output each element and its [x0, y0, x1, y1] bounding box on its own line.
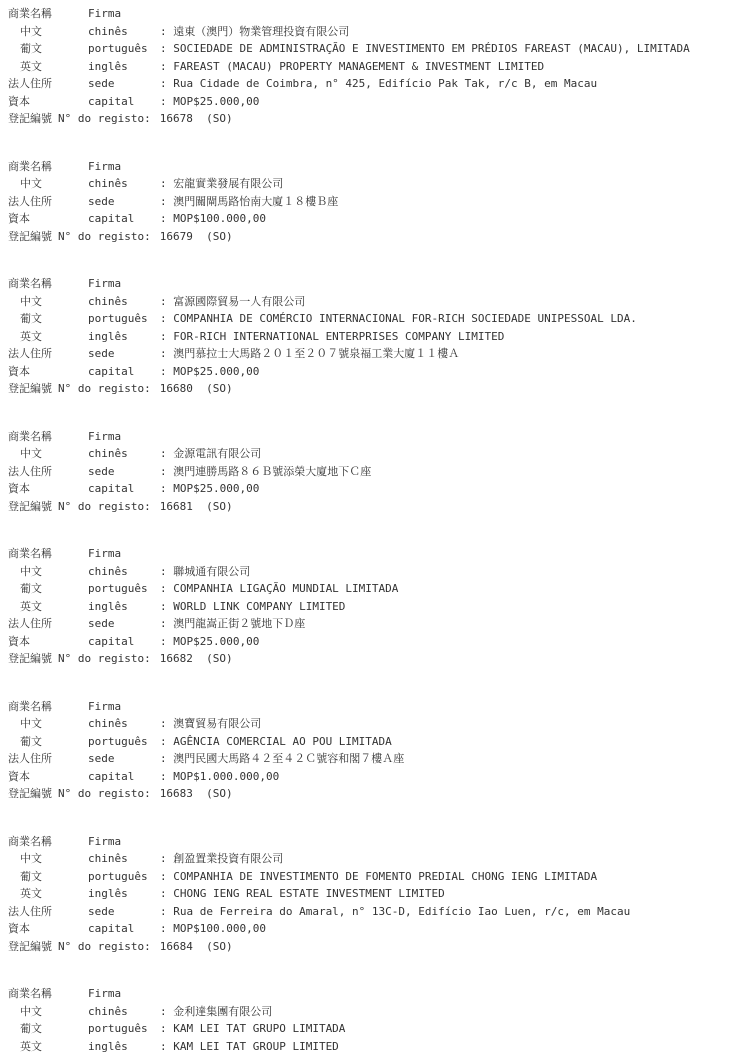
label-zh: 中文	[8, 563, 88, 581]
registry-entries-list: 商業名稱Firma中文chinês: 遠東（澳門）物業管理投資有限公司葡文por…	[8, 5, 728, 1055]
label-pt: N° do registo:	[58, 498, 151, 516]
field-value: : 創盈置業投資有限公司	[160, 850, 728, 868]
entry-row: 登記編號N° do registo:16678 (SO)	[8, 110, 728, 128]
label-zh: 中文	[8, 23, 88, 41]
entry-block: 商業名稱Firma中文chinês: 富源國際貿易一人有限公司葡文portugu…	[8, 275, 728, 398]
label-zh: 中文	[8, 850, 88, 868]
label-pt: capital	[88, 768, 160, 786]
field-value: : MOP$1.000.000,00	[160, 768, 728, 786]
entry-row: 中文chinês: 富源國際貿易一人有限公司	[8, 293, 728, 311]
label-zh: 登記編號	[8, 650, 52, 668]
entry-block: 商業名稱Firma中文chinês: 聯城通有限公司葡文português: C…	[8, 545, 728, 668]
entry-row: 商業名稱Firma	[8, 275, 728, 293]
label-zh: 登記編號	[8, 498, 52, 516]
label-pt: inglês	[88, 598, 160, 616]
label-pt: N° do registo:	[58, 380, 151, 398]
field-value: : 澳門民國大馬路４２至４２Ｃ號容和閣７樓Ａ座	[160, 750, 728, 768]
field-value: 16683 (SO)	[160, 785, 728, 803]
field-value: : CHONG IENG REAL ESTATE INVESTMENT LIMI…	[160, 885, 728, 903]
label-zh: 登記編號	[8, 110, 52, 128]
label-zh: 中文	[8, 1003, 88, 1021]
entry-row: 登記編號N° do registo:16682 (SO)	[8, 650, 728, 668]
entry-row: 登記編號N° do registo:16683 (SO)	[8, 785, 728, 803]
gazette-registry-page: 商業名稱Firma中文chinês: 遠東（澳門）物業管理投資有限公司葡文por…	[0, 0, 732, 1060]
entry-row: 英文inglês: CHONG IENG REAL ESTATE INVESTM…	[8, 885, 728, 903]
entry-row: 英文inglês: FAREAST (MACAU) PROPERTY MANAG…	[8, 58, 728, 76]
label-pt: capital	[88, 93, 160, 111]
field-value: : 聯城通有限公司	[160, 563, 728, 581]
entry-block: 商業名稱Firma中文chinês: 遠東（澳門）物業管理投資有限公司葡文por…	[8, 5, 728, 128]
entry-row: 登記編號N° do registo:16679 (SO)	[8, 228, 728, 246]
field-value: : MOP$25.000,00	[160, 633, 728, 651]
label-zh: 商業名稱	[8, 698, 88, 716]
label-zh: 中文	[8, 293, 88, 311]
entry-block: 商業名稱Firma中文chinês: 澳寶貿易有限公司葡文português: …	[8, 698, 728, 803]
label-zh: 資本	[8, 210, 88, 228]
label-pt: sede	[88, 75, 160, 93]
label-zh: 商業名稱	[8, 833, 88, 851]
label-zh: 中文	[8, 715, 88, 733]
label-zh: 商業名稱	[8, 275, 88, 293]
label-zh: 商業名稱	[8, 158, 88, 176]
field-value: 16678 (SO)	[160, 110, 728, 128]
field-value: : 澳門慕拉士大馬路２０１至２０７號泉福工業大廈１１樓Ａ	[160, 345, 728, 363]
label-pt: sede	[88, 345, 160, 363]
entry-block: 商業名稱Firma中文chinês: 創盈置業投資有限公司葡文português…	[8, 833, 728, 956]
label-zh: 資本	[8, 93, 88, 111]
label-zh: 法人住所	[8, 903, 88, 921]
field-value: : FOR-RICH INTERNATIONAL ENTERPRISES COM…	[160, 328, 728, 346]
field-value: : COMPANHIA DE COMÉRCIO INTERNACIONAL FO…	[160, 310, 728, 328]
field-value: : 金源電訊有限公司	[160, 445, 728, 463]
field-value: : Rua de Ferreira do Amaral, n° 13C-D, E…	[160, 903, 728, 921]
label-zh: 英文	[8, 58, 88, 76]
label-pt: Firma	[88, 275, 160, 293]
label-pt: inglês	[88, 1038, 160, 1056]
entry-row: 法人住所sede: 澳門龍嵩正街２號地下Ｄ座	[8, 615, 728, 633]
field-value: : AGÊNCIA COMERCIAL AO POU LIMITADA	[160, 733, 728, 751]
field-value: : MOP$25.000,00	[160, 363, 728, 381]
entry-row: 登記編號N° do registo:16681 (SO)	[8, 498, 728, 516]
entry-row: 登記編號N° do registo:16680 (SO)	[8, 380, 728, 398]
label-pt: português	[88, 310, 160, 328]
label-pt: capital	[88, 633, 160, 651]
field-value: : KAM LEI TAT GRUPO LIMITADA	[160, 1020, 728, 1038]
field-value: : COMPANHIA DE INVESTIMENTO DE FOMENTO P…	[160, 868, 728, 886]
label-pt: chinês	[88, 293, 160, 311]
entry-row: 資本capital: MOP$1.000.000,00	[8, 768, 728, 786]
entry-row: 葡文português: COMPANHIA DE INVESTIMENTO D…	[8, 868, 728, 886]
field-value: : FAREAST (MACAU) PROPERTY MANAGEMENT & …	[160, 58, 728, 76]
entry-row: 商業名稱Firma	[8, 158, 728, 176]
entry-row: 法人住所sede: Rua Cidade de Coimbra, n° 425,…	[8, 75, 728, 93]
label-zh: 商業名稱	[8, 545, 88, 563]
entry-row: 中文chinês: 聯城通有限公司	[8, 563, 728, 581]
entry-row: 中文chinês: 金利達集團有限公司	[8, 1003, 728, 1021]
field-value: : 富源國際貿易一人有限公司	[160, 293, 728, 311]
label-zh: 商業名稱	[8, 985, 88, 1003]
label-pt: inglês	[88, 58, 160, 76]
entry-row: 商業名稱Firma	[8, 5, 728, 23]
label-zh: 葡文	[8, 310, 88, 328]
label-pt: sede	[88, 615, 160, 633]
entry-row: 資本capital: MOP$25.000,00	[8, 633, 728, 651]
entry-row: 中文chinês: 遠東（澳門）物業管理投資有限公司	[8, 23, 728, 41]
label-zh: 中文	[8, 175, 88, 193]
entry-row: 法人住所sede: Rua de Ferreira do Amaral, n° …	[8, 903, 728, 921]
label-pt: sede	[88, 193, 160, 211]
label-pt: sede	[88, 750, 160, 768]
label-pt: Firma	[88, 698, 160, 716]
label-zh: 英文	[8, 1038, 88, 1056]
label-zh: 登記編號	[8, 785, 52, 803]
label-pt: Firma	[88, 545, 160, 563]
field-value: : 遠東（澳門）物業管理投資有限公司	[160, 23, 728, 41]
label-zh: 葡文	[8, 580, 88, 598]
entry-row: 葡文português: COMPANHIA DE COMÉRCIO INTER…	[8, 310, 728, 328]
label-pt: capital	[88, 480, 160, 498]
label-zh: 中文	[8, 445, 88, 463]
label-pt: chinês	[88, 23, 160, 41]
field-value: : MOP$100.000,00	[160, 920, 728, 938]
label-pt: N° do registo:	[58, 785, 151, 803]
field-value: 16681 (SO)	[160, 498, 728, 516]
label-zh: 法人住所	[8, 615, 88, 633]
entry-row: 英文inglês: KAM LEI TAT GROUP LIMITED	[8, 1038, 728, 1056]
label-pt: chinês	[88, 850, 160, 868]
label-pt: português	[88, 1020, 160, 1038]
label-pt: português	[88, 40, 160, 58]
entry-block: 商業名稱Firma中文chinês: 金利達集團有限公司葡文português:…	[8, 985, 728, 1055]
label-zh: 登記編號	[8, 228, 52, 246]
label-pt: Firma	[88, 428, 160, 446]
field-value: : MOP$100.000,00	[160, 210, 728, 228]
entry-row: 商業名稱Firma	[8, 833, 728, 851]
label-pt: sede	[88, 463, 160, 481]
field-value: 16682 (SO)	[160, 650, 728, 668]
entry-row: 資本capital: MOP$25.000,00	[8, 363, 728, 381]
field-value: : MOP$25.000,00	[160, 93, 728, 111]
label-pt: chinês	[88, 715, 160, 733]
entry-row: 法人住所sede: 澳門民國大馬路４２至４２Ｃ號容和閣７樓Ａ座	[8, 750, 728, 768]
field-value: : SOCIEDADE DE ADMINISTRAÇÃO E INVESTIME…	[160, 40, 728, 58]
label-pt: Firma	[88, 158, 160, 176]
label-zh: 葡文	[8, 868, 88, 886]
label-pt: chinês	[88, 563, 160, 581]
label-zh: 登記編號	[8, 938, 52, 956]
entry-row: 商業名稱Firma	[8, 428, 728, 446]
label-pt: português	[88, 580, 160, 598]
label-zh: 資本	[8, 920, 88, 938]
label-zh: 資本	[8, 768, 88, 786]
field-value: 16684 (SO)	[160, 938, 728, 956]
field-value: : 澳門龍嵩正街２號地下Ｄ座	[160, 615, 728, 633]
label-zh: 英文	[8, 885, 88, 903]
entry-row: 中文chinês: 宏龍實業發展有限公司	[8, 175, 728, 193]
entry-row: 葡文português: KAM LEI TAT GRUPO LIMITADA	[8, 1020, 728, 1038]
label-zh: 法人住所	[8, 193, 88, 211]
entry-row: 中文chinês: 金源電訊有限公司	[8, 445, 728, 463]
entry-row: 法人住所sede: 澳門慕拉士大馬路２０１至２０７號泉福工業大廈１１樓Ａ	[8, 345, 728, 363]
label-pt: Firma	[88, 985, 160, 1003]
label-zh: 法人住所	[8, 345, 88, 363]
label-pt: chinês	[88, 175, 160, 193]
label-pt: N° do registo:	[58, 650, 151, 668]
field-value: : 金利達集團有限公司	[160, 1003, 728, 1021]
label-pt: sede	[88, 903, 160, 921]
field-value: : 宏龍實業發展有限公司	[160, 175, 728, 193]
label-zh: 法人住所	[8, 75, 88, 93]
entry-row: 商業名稱Firma	[8, 985, 728, 1003]
entry-row: 英文inglês: FOR-RICH INTERNATIONAL ENTERPR…	[8, 328, 728, 346]
entry-row: 中文chinês: 澳寶貿易有限公司	[8, 715, 728, 733]
label-zh: 葡文	[8, 1020, 88, 1038]
label-zh: 商業名稱	[8, 5, 88, 23]
entry-row: 葡文português: AGÊNCIA COMERCIAL AO POU LI…	[8, 733, 728, 751]
label-pt: capital	[88, 210, 160, 228]
entry-row: 商業名稱Firma	[8, 545, 728, 563]
label-zh: 資本	[8, 480, 88, 498]
entry-row: 中文chinês: 創盈置業投資有限公司	[8, 850, 728, 868]
label-zh: 葡文	[8, 40, 88, 58]
entry-row: 資本capital: MOP$25.000,00	[8, 93, 728, 111]
label-zh: 商業名稱	[8, 428, 88, 446]
label-pt: N° do registo:	[58, 228, 151, 246]
field-value: : 澳寶貿易有限公司	[160, 715, 728, 733]
field-value: : MOP$25.000,00	[160, 480, 728, 498]
label-zh: 登記編號	[8, 380, 52, 398]
entry-row: 葡文português: COMPANHIA LIGAÇÃO MUNDIAL L…	[8, 580, 728, 598]
label-pt: chinês	[88, 445, 160, 463]
label-zh: 英文	[8, 598, 88, 616]
label-pt: inglês	[88, 328, 160, 346]
field-value: 16679 (SO)	[160, 228, 728, 246]
field-value: : COMPANHIA LIGAÇÃO MUNDIAL LIMITADA	[160, 580, 728, 598]
label-zh: 英文	[8, 328, 88, 346]
entry-row: 葡文português: SOCIEDADE DE ADMINISTRAÇÃO …	[8, 40, 728, 58]
label-zh: 法人住所	[8, 463, 88, 481]
field-value: : KAM LEI TAT GROUP LIMITED	[160, 1038, 728, 1056]
entry-row: 資本capital: MOP$100.000,00	[8, 210, 728, 228]
entry-row: 法人住所sede: 澳門連勝馬路８６Ｂ號添榮大廈地下Ｃ座	[8, 463, 728, 481]
label-pt: português	[88, 733, 160, 751]
entry-row: 資本capital: MOP$100.000,00	[8, 920, 728, 938]
label-pt: inglês	[88, 885, 160, 903]
entry-block: 商業名稱Firma中文chinês: 宏龍實業發展有限公司法人住所sede: 澳…	[8, 158, 728, 246]
label-pt: N° do registo:	[58, 110, 151, 128]
entry-row: 資本capital: MOP$25.000,00	[8, 480, 728, 498]
field-value: : 澳門連勝馬路８６Ｂ號添榮大廈地下Ｃ座	[160, 463, 728, 481]
field-value: 16680 (SO)	[160, 380, 728, 398]
field-value: : 澳門關閘馬路怡南大廈１８樓Ｂ座	[160, 193, 728, 211]
label-pt: capital	[88, 920, 160, 938]
entry-row: 法人住所sede: 澳門關閘馬路怡南大廈１８樓Ｂ座	[8, 193, 728, 211]
label-zh: 資本	[8, 363, 88, 381]
entry-row: 英文inglês: WORLD LINK COMPANY LIMITED	[8, 598, 728, 616]
label-pt: Firma	[88, 833, 160, 851]
label-pt: capital	[88, 363, 160, 381]
field-value: : Rua Cidade de Coimbra, n° 425, Edifíci…	[160, 75, 728, 93]
entry-block: 商業名稱Firma中文chinês: 金源電訊有限公司法人住所sede: 澳門連…	[8, 428, 728, 516]
field-value: : WORLD LINK COMPANY LIMITED	[160, 598, 728, 616]
entry-row: 登記編號N° do registo:16684 (SO)	[8, 938, 728, 956]
label-zh: 葡文	[8, 733, 88, 751]
label-pt: Firma	[88, 5, 160, 23]
label-pt: N° do registo:	[58, 938, 151, 956]
label-pt: português	[88, 868, 160, 886]
label-zh: 法人住所	[8, 750, 88, 768]
entry-row: 商業名稱Firma	[8, 698, 728, 716]
label-zh: 資本	[8, 633, 88, 651]
label-pt: chinês	[88, 1003, 160, 1021]
